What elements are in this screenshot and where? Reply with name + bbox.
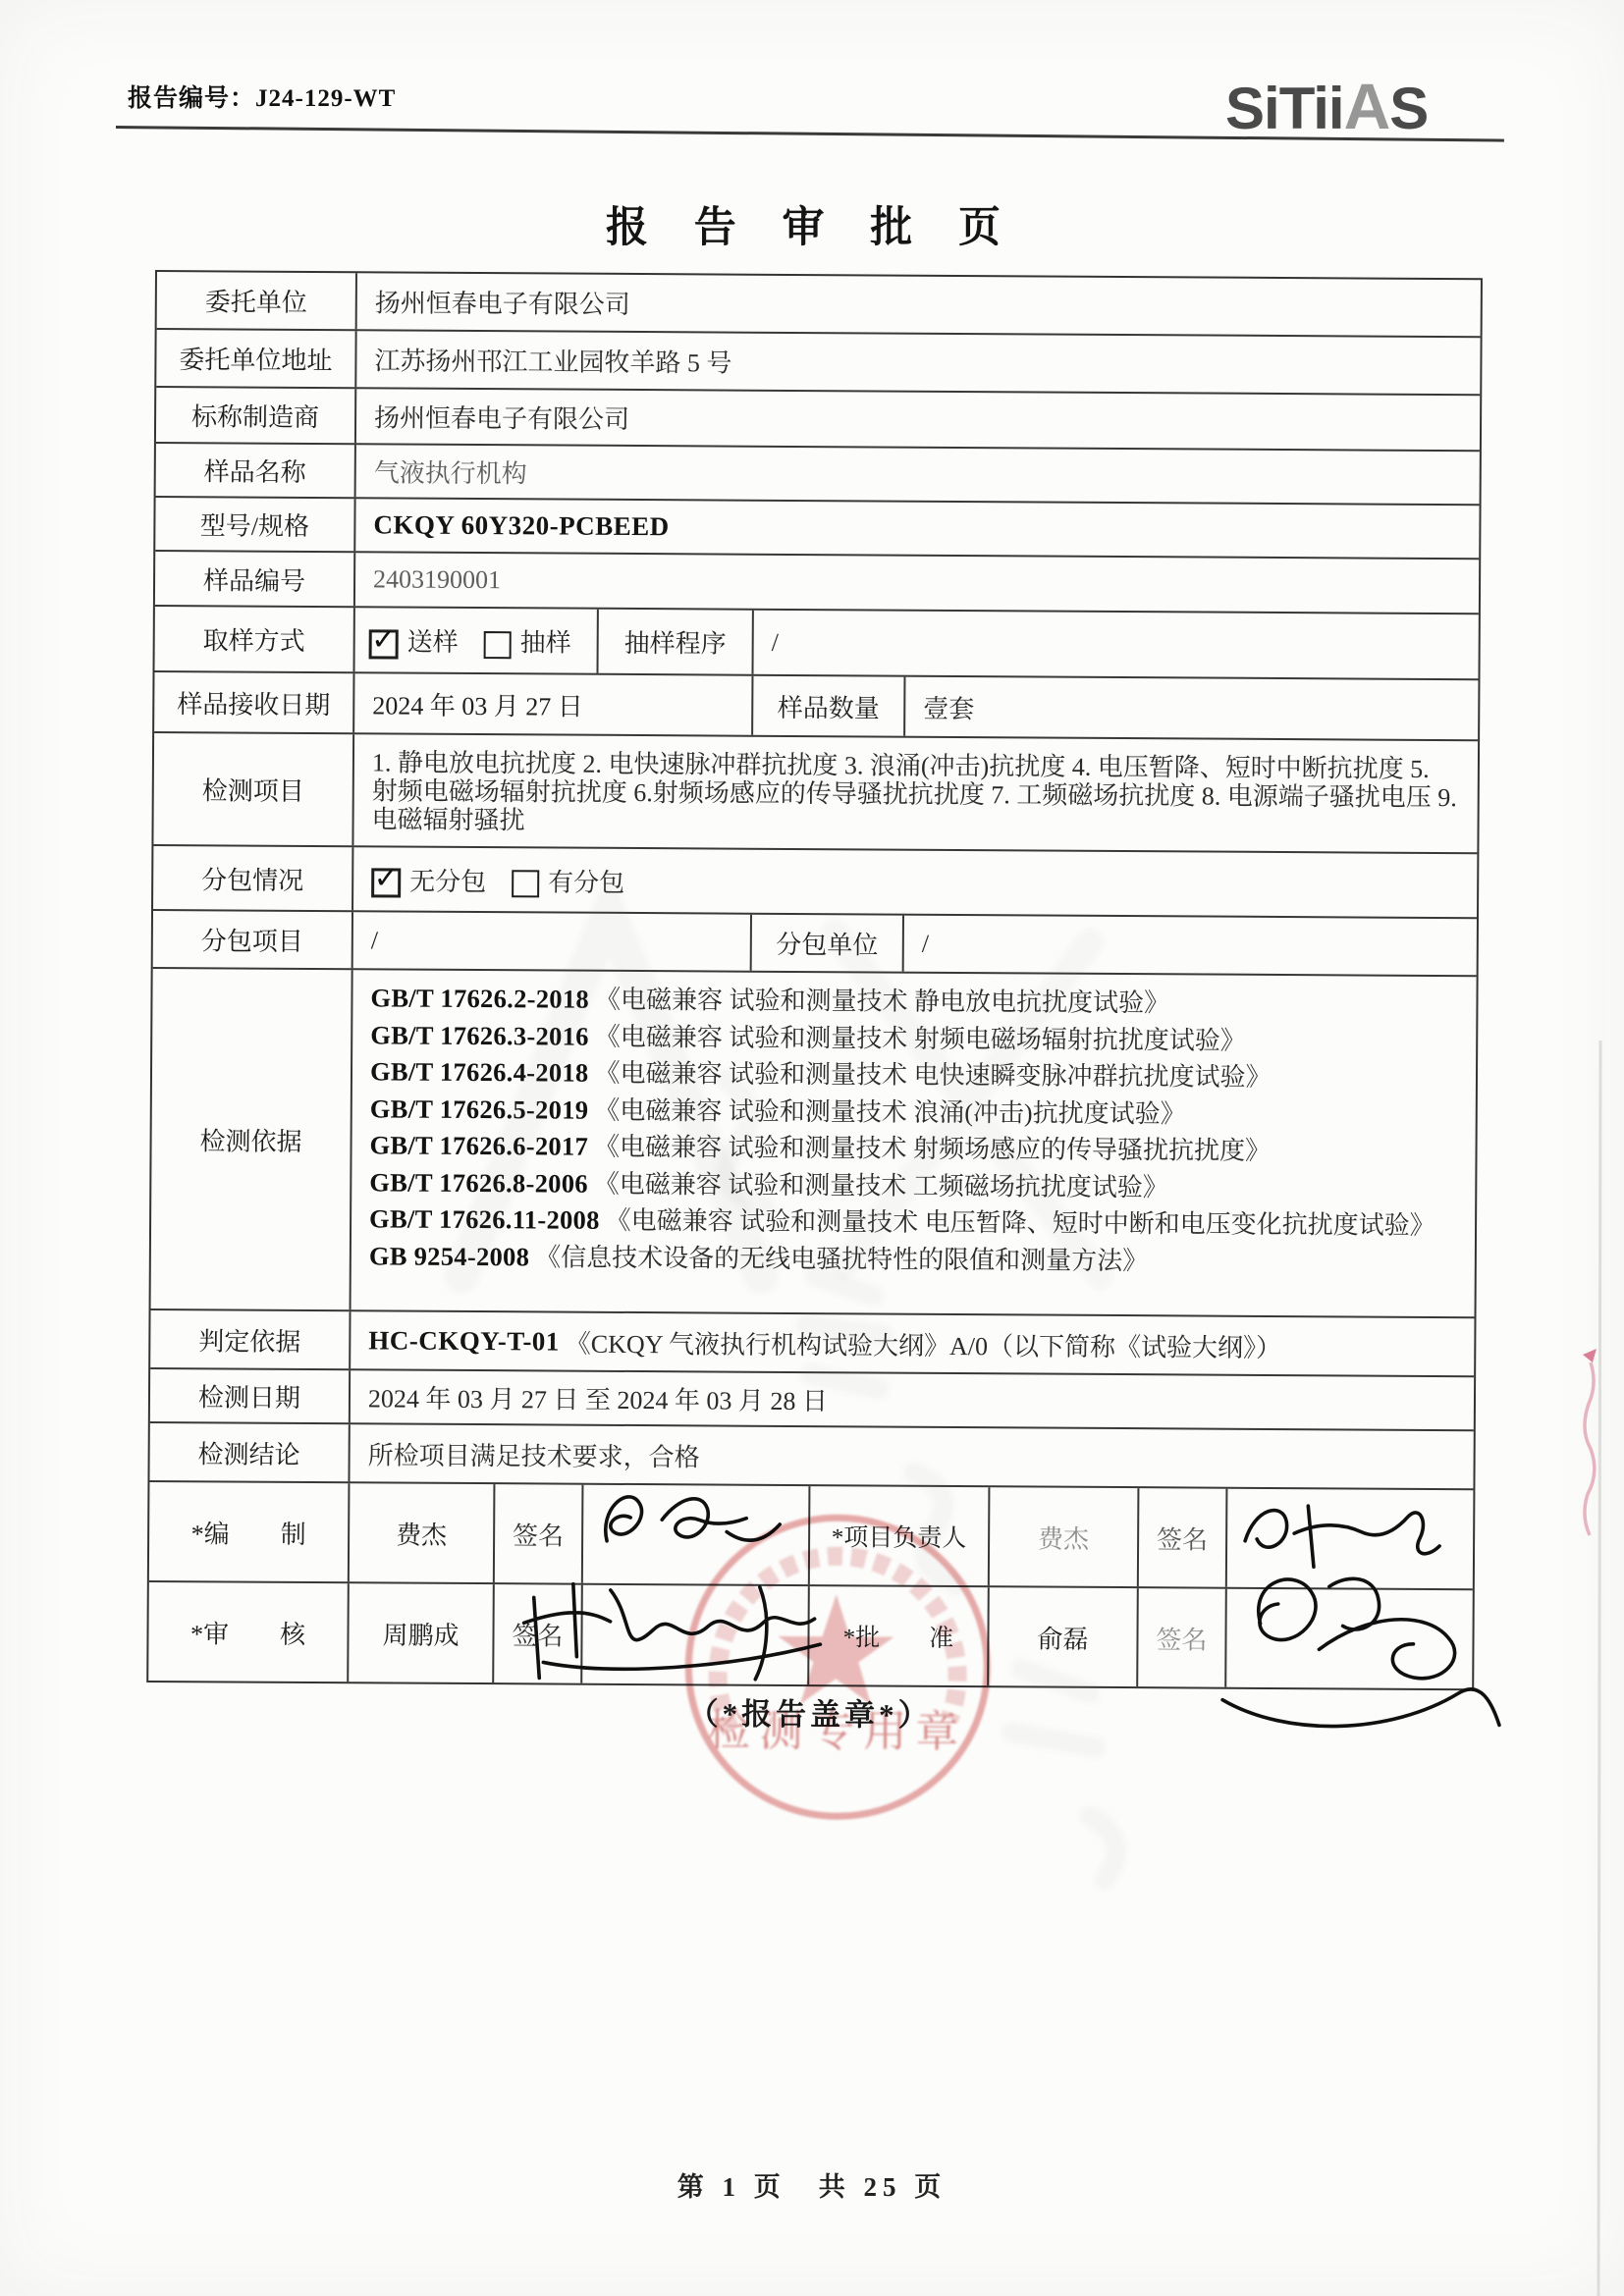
subcontract-unit-label: 分包单位: [752, 915, 904, 972]
page-footer: 第 1 页 共 25 页: [0, 2165, 1624, 2204]
table-row-manufacturer: 标称制造商 扬州恒春电子有限公司: [156, 388, 1480, 452]
row-value: 气液执行机构: [356, 445, 1480, 504]
row-label: 检测项目: [153, 733, 354, 845]
sample-qty-label: 样品数量: [753, 676, 905, 736]
stamp-text: 检测专用章: [707, 1706, 967, 1756]
checkbox-checked-icon: ✓: [369, 629, 399, 659]
row-label: 型号/规格: [155, 498, 355, 551]
logo-text-a: A: [1344, 70, 1390, 142]
reviewer-label: *审 核: [148, 1582, 350, 1682]
row-label: 委托单位: [157, 272, 357, 329]
checkbox-unchecked-icon: [484, 631, 512, 659]
table-row-test-date: 检测日期 2024 年 03 月 27 日 至 2024 年 03 月 28 日: [150, 1369, 1474, 1431]
test-date-value: 2024 年 03 月 27 日 至 2024 年 03 月 28 日: [351, 1370, 1474, 1429]
report-number-value: J24-129-WT: [255, 85, 396, 112]
approval-table: 委托单位 扬州恒春电子有限公司 委托单位地址 江苏扬州邗江工业园牧羊路 5 号 …: [143, 270, 1483, 2143]
subcontract-option-yes: 有分包: [548, 862, 624, 898]
subcontract-item-value: /: [353, 912, 752, 970]
sampling-option-chouyang: 抽样: [520, 622, 571, 659]
report-number: 报告编号：J24-129-WT: [128, 79, 396, 114]
basis-standard: GB 9254-2008《信息技术设备的无线电骚扰特性的限值和测量方法》: [369, 1238, 1444, 1281]
row-label: 委托单位地址: [156, 330, 356, 387]
table-row-receipt-date: 样品接收日期 2024 年 03 月 27 日 样品数量 壹套: [154, 672, 1478, 741]
table-row-sample-name: 样品名称 气液执行机构: [156, 444, 1480, 506]
table-row-sample-number: 样品编号 2403190001: [155, 552, 1479, 614]
reviewer-name: 周鹏成: [349, 1583, 495, 1682]
scan-fold-line: [1598, 1041, 1600, 2296]
row-label: 分包情况: [153, 846, 353, 910]
report-number-label: 报告编号：: [128, 85, 255, 112]
table-row-subcontract: 分包情况 ✓ 无分包 有分包: [153, 846, 1477, 919]
row-label: 样品编号: [155, 552, 355, 606]
row-label: 检测结论: [149, 1423, 350, 1481]
sitiias-logo: SiTiiAS: [1225, 69, 1428, 143]
sampling-option-songyang: 送样: [407, 622, 459, 659]
approver-name: 俞磊: [989, 1587, 1139, 1686]
approval-stamp: 检测专用章: [668, 1497, 1008, 1838]
sampling-program-label: 抽样程序: [598, 610, 753, 674]
logo-text-pre: SiTii: [1225, 76, 1344, 141]
compiler-label: *编 制: [149, 1482, 351, 1581]
subcontract-options: ✓ 无分包 有分包: [353, 847, 1477, 917]
row-value: 扬州恒春电子有限公司: [356, 389, 1480, 450]
row-label: 检测依据: [151, 969, 353, 1309]
table-row-test-items: 检测项目 1. 静电放电抗扰度 2. 电快速脉冲群抗扰度 3. 浪涌(冲击)抗扰…: [153, 733, 1478, 854]
row-label: 检测日期: [150, 1369, 351, 1422]
basis-standard: GB/T 17626.11-2008《电磁兼容 试验和测量技术 电压暂降、短时中…: [369, 1201, 1444, 1244]
judgement-basis-value: HC-CKQY-T-01 《CKQY 气液执行机构试验大纲》A/0（以下简称《试…: [351, 1311, 1474, 1375]
table-row-subcontract-item: 分包项目 / 分包单位 /: [153, 911, 1477, 977]
subcontract-unit-value: /: [904, 916, 1477, 976]
row-label: 取样方式: [155, 607, 355, 671]
row-value: 江苏扬州邗江工业园牧羊路 5 号: [356, 331, 1480, 394]
row-value: 2403190001: [355, 553, 1479, 613]
row-label: 样品名称: [156, 444, 356, 497]
table-row-client: 委托单位 扬州恒春电子有限公司: [157, 272, 1481, 338]
red-ink-dot: [1583, 1349, 1597, 1362]
basis-standard: GB/T 17626.4-2018《电磁兼容 试验和测量技术 电快速瞬变脉冲群抗…: [370, 1053, 1445, 1096]
row-label: 分包项目: [153, 911, 353, 968]
checkbox-unchecked-icon: [512, 870, 539, 897]
basis-standard: GB/T 17626.6-2017《电磁兼容 试验和测量技术 射频场感应的传导骚…: [369, 1127, 1444, 1170]
sample-qty-value: 壹套: [905, 677, 1478, 740]
table-row-model: 型号/规格 CKQY 60Y320-PCBEED: [155, 498, 1479, 560]
table-row-judgement-basis: 判定依据 HC-CKQY-T-01 《CKQY 气液执行机构试验大纲》A/0（以…: [150, 1310, 1474, 1377]
page-title: 报 告 审 批 页: [0, 194, 1624, 254]
table-row-sampling-method: 取样方式 ✓ 送样 抽样 抽样程序 /: [154, 607, 1478, 680]
sampling-program-value: /: [753, 611, 1478, 679]
sampling-options: ✓ 送样 抽样: [355, 608, 599, 673]
row-label: 样品接收日期: [154, 672, 354, 732]
table-row-client-address: 委托单位地址 江苏扬州邗江工业园牧羊路 5 号: [156, 330, 1480, 396]
table-row-test-basis: 检测依据 GB/T 17626.2-2018《电磁兼容 试验和测量技术 静电放电…: [151, 969, 1477, 1318]
project-leader-name: 费杰: [990, 1487, 1140, 1586]
logo-text-post: S: [1389, 76, 1428, 141]
test-items-value: 1. 静电放电抗扰度 2. 电快速脉冲群抗扰度 3. 浪涌(冲击)抗扰度 4. …: [353, 734, 1478, 852]
row-label: 判定依据: [150, 1310, 351, 1368]
receipt-date-value: 2024 年 03 月 27 日: [354, 673, 753, 734]
conclusion-value: 所检项目满足技术要求，合格: [350, 1424, 1473, 1488]
row-value: 扬州恒春电子有限公司: [357, 273, 1481, 336]
row-value: CKQY 60Y320-PCBEED: [355, 499, 1479, 558]
subcontract-option-none: 无分包: [409, 861, 486, 897]
red-ink-bleed: [1585, 1362, 1595, 1535]
row-label: 标称制造商: [156, 388, 356, 443]
checkbox-checked-icon: ✓: [371, 868, 401, 897]
test-basis-list: GB/T 17626.2-2018《电磁兼容 试验和测量技术 静电放电抗扰度试验…: [352, 970, 1477, 1316]
star-icon: [778, 1594, 894, 1705]
compiler-name: 费杰: [350, 1483, 496, 1582]
basis-standard: GB/T 17626.2-2018《电磁兼容 试验和测量技术 静电放电抗扰度试验…: [370, 980, 1445, 1023]
approver-signature: [1199, 1553, 1514, 1781]
report-page: 报告编号：J24-129-WT SiTiiAS 报 告 审 批 页 委托单位 扬…: [0, 0, 1624, 2296]
